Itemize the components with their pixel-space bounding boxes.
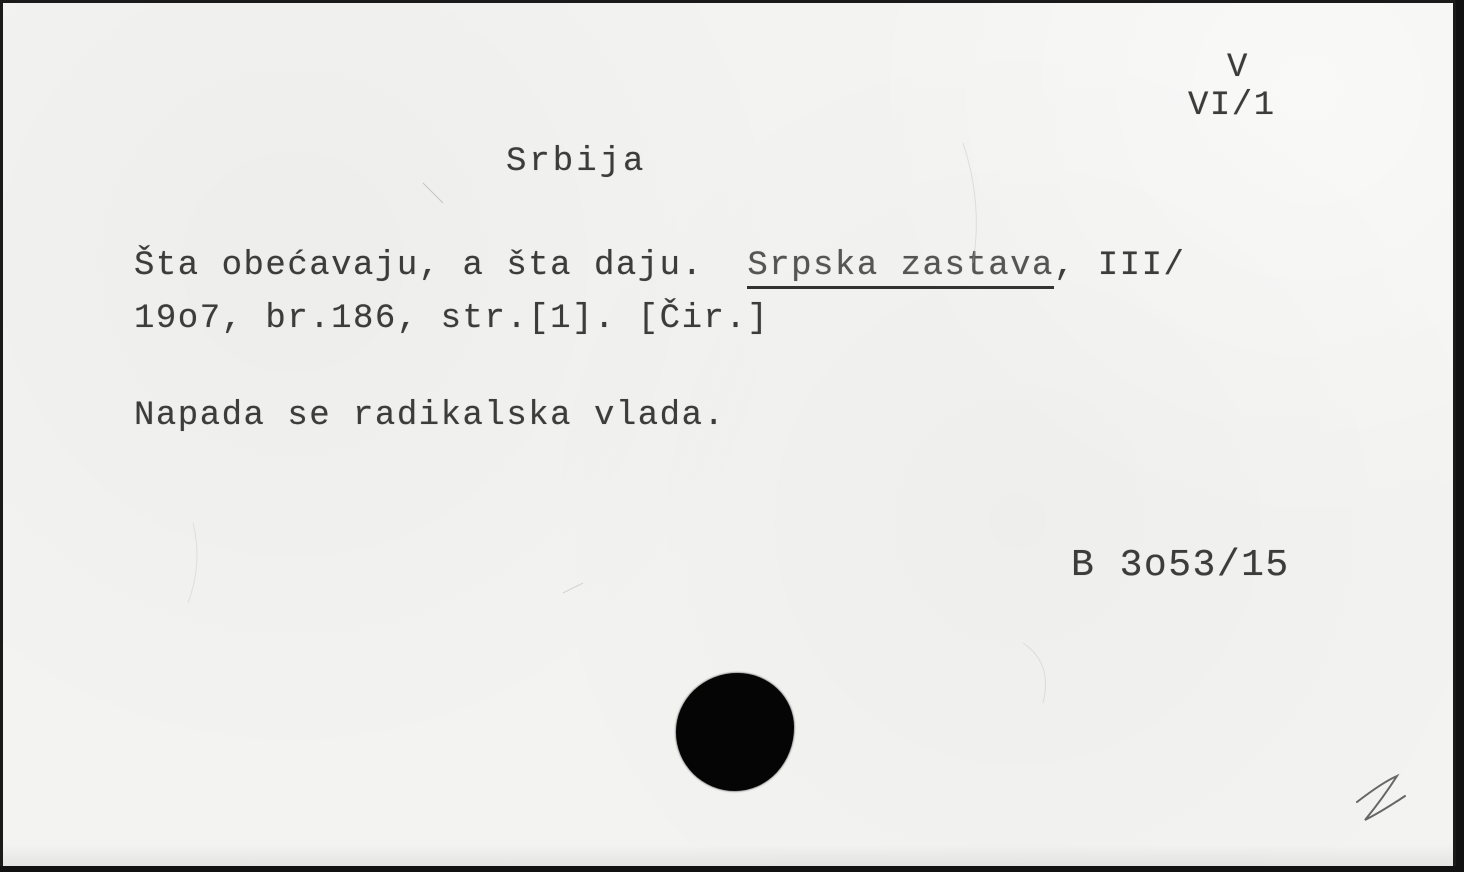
punch-hole — [676, 673, 794, 791]
card-edge-shadow-right — [1456, 0, 1464, 872]
entry-line-1: Šta obećavaju, a šta daju. Srpska zastav… — [134, 249, 1185, 283]
card-edge-shadow-bottom — [0, 866, 1464, 872]
section-number: V — [1227, 51, 1249, 85]
article-title: Šta obećavaju, a šta daju. — [134, 247, 704, 285]
handwritten-z-mark — [1353, 768, 1423, 838]
catalog-card: V VI/1 Srbija Šta obećavaju, a šta daju.… — [3, 3, 1453, 867]
shelf-number: VI/1 — [1188, 89, 1276, 123]
entry-line-2: 19o7, br.186, str.[1]. [Čir.] — [134, 302, 769, 336]
source-title: Srpska zastava — [747, 247, 1054, 289]
volume-start: , III/ — [1054, 247, 1185, 285]
call-number: B 3o53/15 — [1071, 547, 1290, 585]
summary-note: Napada se radikalska vlada. — [134, 399, 725, 433]
subject-heading: Srbija — [506, 145, 646, 179]
